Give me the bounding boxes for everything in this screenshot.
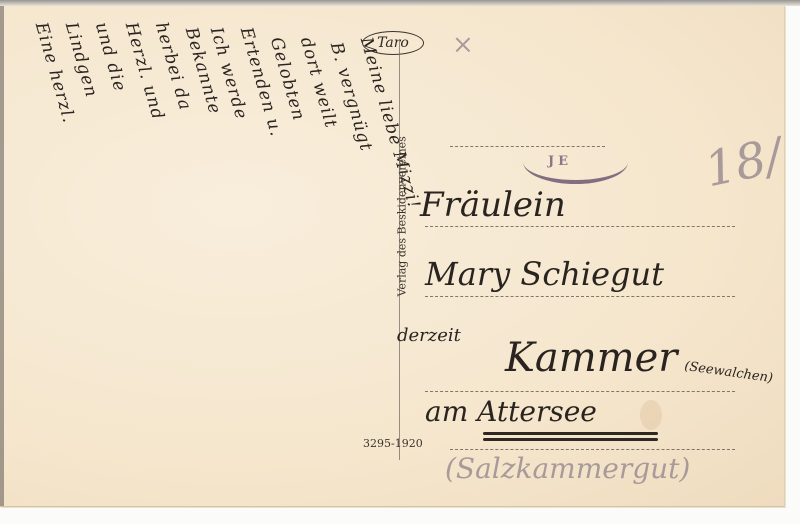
postmark-text: JE <box>548 154 572 169</box>
address-underline <box>483 432 658 435</box>
address-name: Mary Schiegut <box>425 255 664 293</box>
address-line-2 <box>425 226 735 227</box>
address-town: Kammer <box>505 335 677 381</box>
brand-mark: Taro <box>362 31 424 55</box>
pencil-cross-mark: × <box>452 30 474 60</box>
address-line-3 <box>425 296 735 297</box>
address-line-5 <box>450 449 735 450</box>
scan-left-edge <box>0 6 4 506</box>
address-line-4 <box>425 391 735 392</box>
address-line-1 <box>450 146 605 147</box>
address-salutation: Fräulein <box>420 185 566 225</box>
address-pencil-region: (Salzkammergut) <box>445 452 690 485</box>
publisher-imprint: Verlag des Beskidenvereines <box>396 157 409 297</box>
address-underline <box>483 438 658 441</box>
print-code: 3295-1920 <box>363 437 423 450</box>
address-region: am Attersee <box>425 395 597 428</box>
stain-mark <box>640 400 662 430</box>
address-prefix: derzeit <box>397 325 461 346</box>
